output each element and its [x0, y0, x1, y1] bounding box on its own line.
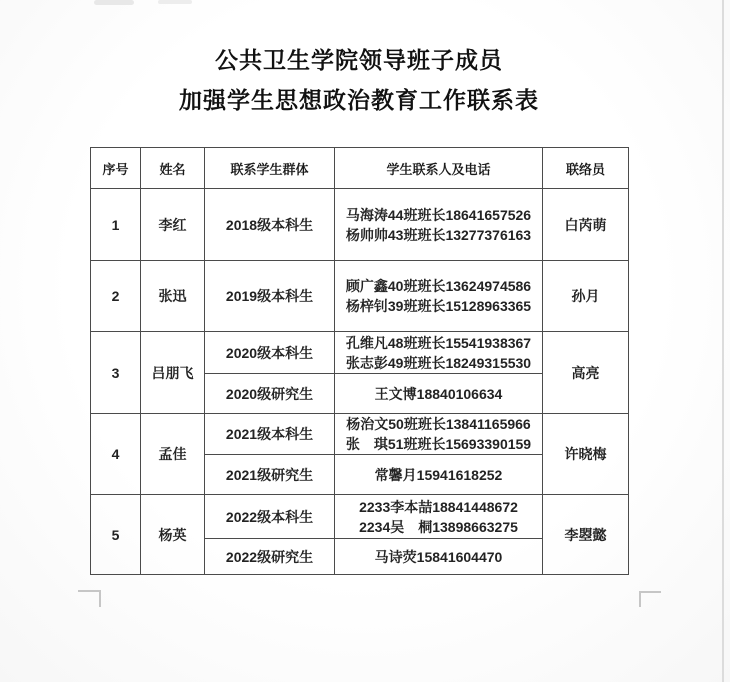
cell-contacts: 马诗荧15841604470	[335, 539, 543, 575]
cell-no: 5	[91, 495, 141, 575]
table-row: 5 杨英 2022级本科生 2233李本喆18841448672 2234吴 桐…	[91, 495, 629, 539]
crop-mark-bottom-left-icon	[78, 590, 101, 607]
col-header-group: 联系学生群体	[205, 148, 335, 189]
cell-name: 吕朋飞	[141, 332, 205, 414]
table-row: 2 张迅 2019级本科生 顾广鑫40班班长13624974586 杨梓钊39班…	[91, 261, 629, 332]
cell-liaison: 李曌懿	[543, 495, 629, 575]
cell-group: 2019级本科生	[205, 261, 335, 332]
cell-liaison: 白芮萌	[543, 189, 629, 261]
cell-name: 杨英	[141, 495, 205, 575]
contact-line: 2233李本喆18841448672	[335, 497, 542, 517]
doc-title-line-2: 加强学生思想政治教育工作联系表	[90, 80, 628, 120]
cell-liaison: 高亮	[543, 332, 629, 414]
contact-line: 马海涛44班班长18641657526	[335, 205, 542, 225]
cell-name: 张迅	[141, 261, 205, 332]
cell-group: 2020级研究生	[205, 374, 335, 414]
cell-group: 2022级本科生	[205, 495, 335, 539]
contact-line: 顾广鑫40班班长13624974586	[335, 276, 542, 296]
contact-line: 张志彭49班班长18249315530	[335, 353, 542, 373]
table-row: 3 吕朋飞 2020级本科生 孔维凡48班班长15541938367 张志彭49…	[91, 332, 629, 374]
contact-line: 王文博18840106634	[335, 384, 542, 404]
cell-no: 3	[91, 332, 141, 414]
photo-artifact	[158, 0, 192, 4]
col-header-name: 姓名	[141, 148, 205, 189]
col-header-no: 序号	[91, 148, 141, 189]
cell-contacts: 马海涛44班班长18641657526 杨帅帅43班班长13277376163	[335, 189, 543, 261]
cell-no: 1	[91, 189, 141, 261]
cell-liaison: 孙月	[543, 261, 629, 332]
doc-title-line-1: 公共卫生学院领导班子成员	[90, 40, 628, 80]
contact-line: 杨帅帅43班班长13277376163	[335, 225, 542, 245]
contact-line: 常馨月15941618252	[335, 465, 542, 485]
cell-group: 2018级本科生	[205, 189, 335, 261]
contact-line: 2234吴 桐13898663275	[335, 517, 542, 537]
cell-group: 2020级本科生	[205, 332, 335, 374]
cell-contacts: 孔维凡48班班长15541938367 张志彭49班班长18249315530	[335, 332, 543, 374]
contact-line: 张 琪51班班长15693390159	[335, 434, 542, 454]
page-edge-shadow	[722, 0, 724, 682]
table-row: 1 李红 2018级本科生 马海涛44班班长18641657526 杨帅帅43班…	[91, 189, 629, 261]
cell-group: 2022级研究生	[205, 539, 335, 575]
contact-table: 序号 姓名 联系学生群体 学生联系人及电话 联络员 1 李红 2018级本科生 …	[90, 147, 629, 575]
cell-contacts: 常馨月15941618252	[335, 455, 543, 495]
header-row: 序号 姓名 联系学生群体 学生联系人及电话 联络员	[91, 148, 629, 189]
cell-name: 孟佳	[141, 414, 205, 495]
contact-line: 马诗荧15841604470	[335, 547, 542, 567]
doc-title: 公共卫生学院领导班子成员 加强学生思想政治教育工作联系表	[90, 40, 628, 120]
cell-group: 2021级研究生	[205, 455, 335, 495]
cell-name: 李红	[141, 189, 205, 261]
cell-group: 2021级本科生	[205, 414, 335, 455]
cell-liaison: 许晓梅	[543, 414, 629, 495]
contact-line: 孔维凡48班班长15541938367	[335, 333, 542, 353]
cell-contacts: 杨治文50班班长13841165966 张 琪51班班长15693390159	[335, 414, 543, 455]
col-header-contacts: 学生联系人及电话	[335, 148, 543, 189]
cell-contacts: 王文博18840106634	[335, 374, 543, 414]
cell-contacts: 2233李本喆18841448672 2234吴 桐13898663275	[335, 495, 543, 539]
contact-line: 杨梓钊39班班长15128963365	[335, 296, 542, 316]
document-page: 公共卫生学院领导班子成员 加强学生思想政治教育工作联系表 序号 姓名 联系学生群…	[0, 0, 730, 682]
table-row: 4 孟佳 2021级本科生 杨治文50班班长13841165966 张 琪51班…	[91, 414, 629, 455]
photo-artifact	[94, 0, 134, 5]
cell-contacts: 顾广鑫40班班长13624974586 杨梓钊39班班长15128963365	[335, 261, 543, 332]
cell-no: 4	[91, 414, 141, 495]
cell-no: 2	[91, 261, 141, 332]
crop-mark-bottom-right-icon	[639, 591, 661, 607]
contact-line: 杨治文50班班长13841165966	[335, 414, 542, 434]
col-header-liaison: 联络员	[543, 148, 629, 189]
